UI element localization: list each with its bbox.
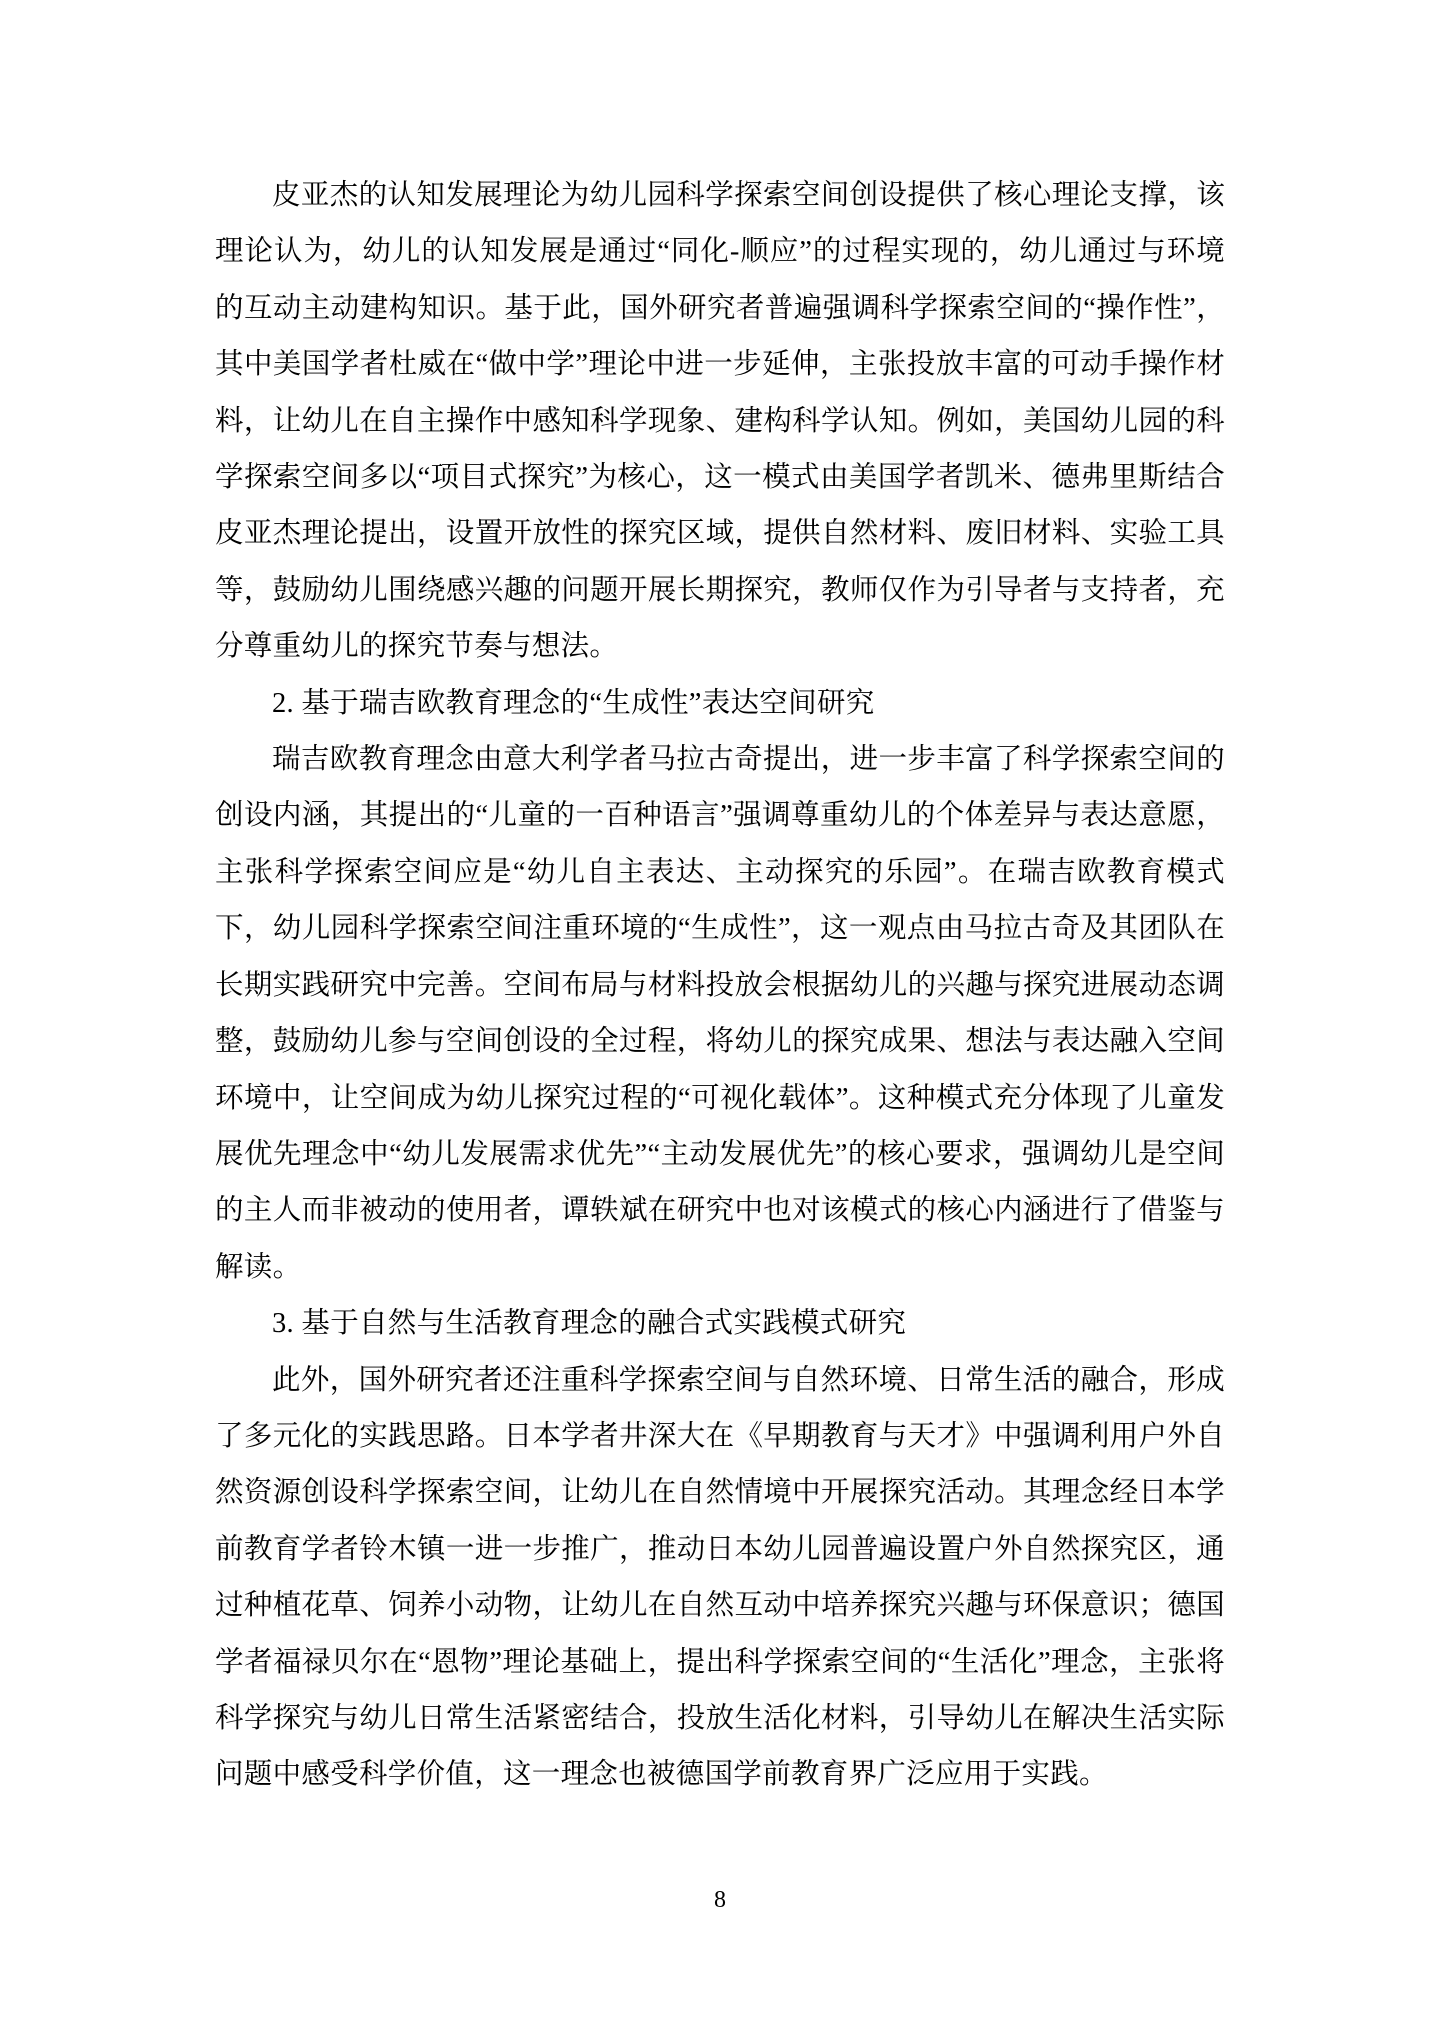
section-heading-reggio: 2. 基于瑞吉欧教育理念的“生成性”表达空间研究 [215, 676, 1225, 732]
document-page: 皮亚杰的认知发展理论为幼儿园科学探索空间创设提供了核心理论支撑，该理论认为，幼儿… [0, 0, 1440, 2036]
page-number: 8 [0, 1888, 1440, 1912]
paragraph-piaget-theory: 皮亚杰的认知发展理论为幼儿园科学探索空间创设提供了核心理论支撑，该理论认为，幼儿… [215, 168, 1225, 676]
document-text-block: 皮亚杰的认知发展理论为幼儿园科学探索空间创设提供了核心理论支撑，该理论认为，幼儿… [215, 168, 1225, 1804]
paragraph-reggio-model: 瑞吉欧教育理念由意大利学者马拉古奇提出，进一步丰富了科学探索空间的创设内涵，其提… [215, 732, 1225, 1296]
paragraph-nature-life-practice: 此外，国外研究者还注重科学探索空间与自然环境、日常生活的融合，形成了多元化的实践… [215, 1353, 1225, 1804]
section-heading-nature-life: 3. 基于自然与生活教育理念的融合式实践模式研究 [215, 1296, 1225, 1352]
